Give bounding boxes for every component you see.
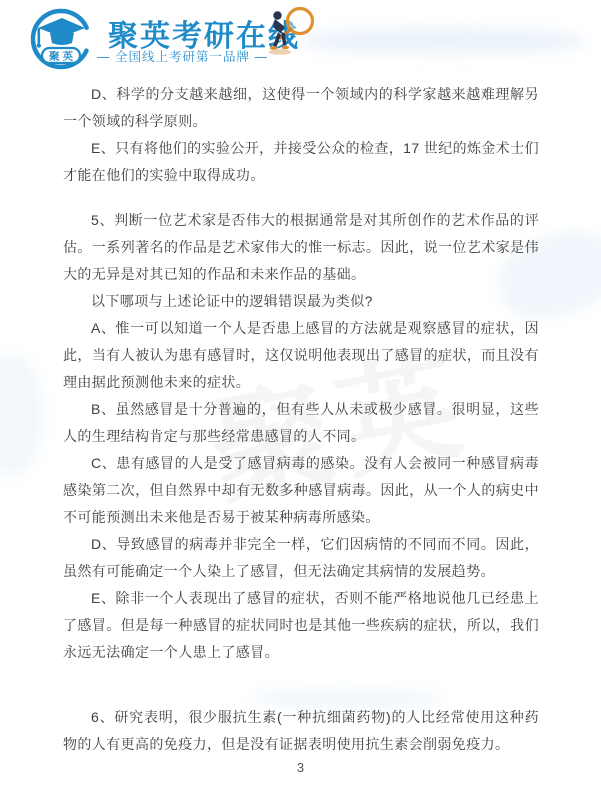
paragraph-option-e: E、除非一个人表现出了感冒的症状，否则不能严格地说他几已经患上了感冒。但是每一种… [63, 585, 539, 666]
paragraph-option-d: D、导致感冒的病毒并非完全一样，它们因病情的不同而不同。因此，虽然有可能确定一个… [63, 531, 539, 585]
paragraph-question-5-prompt: 以下哪项与上述论证中的逻辑错误最为类似? [63, 288, 539, 315]
paragraph-option-a: A、惟一可以知道一个人是否患上感冒的方法就是观察感冒的症状，因此，当有人被认为患… [63, 315, 539, 396]
person-figure [270, 11, 289, 50]
paragraph-option-d-science: D、科学的分支越来越细，这使得一个领域内的科学家越来越难理解另一个领域的科学原则… [63, 81, 539, 135]
logo-badge-text: 聚 英 [49, 50, 73, 63]
scan-tint [0, 355, 42, 475]
paragraph-option-c: C、患有感冒的人是受了感冒病毒的感染。没有人会被同一种感冒病毒感染第二次，但自然… [63, 450, 539, 531]
document-page: 聚 英 聚英考研在线 — 全国线上考研第一品牌 — 聚英 D、科学的分支越来越细… [0, 0, 601, 800]
logo-badge: 聚 英 [42, 48, 80, 63]
mascot-shadow [269, 49, 291, 55]
brand-subtitle: — 全国线上考研第一品牌 — [97, 47, 268, 65]
paragraph-question-5: 5、判断一位艺术家是否伟大的根据通常是对其所创作的艺术作品的评估。一系列著名的作… [63, 207, 539, 288]
person-with-magnifying-glass-icon [266, 2, 318, 58]
paragraph-option-b: B、虽然感冒是十分普遍的，但有些人从未或极少感冒。很明显，这些人的生理结构肯定与… [63, 396, 539, 450]
paragraph-option-e-alchemists: E、只有将他们的实验公开，并接受公众的检查，17 世纪的炼金术士们才能在他们的实… [63, 135, 539, 189]
document-body: D、科学的分支越来越细，这使得一个领域内的科学家越来越难理解另一个领域的科学原则… [63, 81, 539, 758]
brand-header: 聚 英 聚英考研在线 — 全国线上考研第一品牌 — [0, 0, 601, 78]
graduation-cap-icon [37, 18, 85, 48]
page-number: 3 [0, 760, 601, 775]
paragraph-question-6: 6、研究表明，很少服抗生素(一种抗细菌药物)的人比经常使用这种药物的人有更高的免… [63, 704, 539, 758]
brand-logo-emblem: 聚 英 [21, 7, 103, 71]
